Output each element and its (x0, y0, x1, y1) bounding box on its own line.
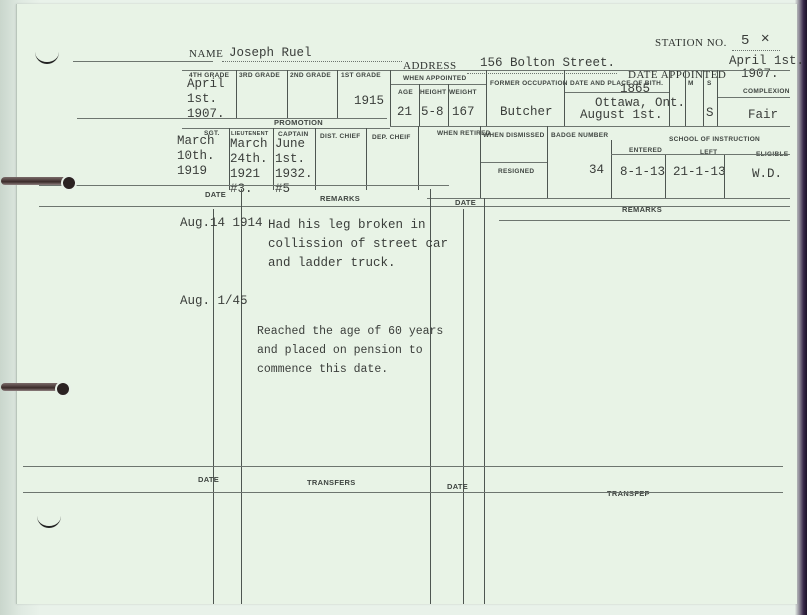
lieutenant-value: March 24th. 1921 #3. (230, 137, 268, 197)
complexion-value: Fair (748, 108, 778, 123)
weight-value: 167 (452, 105, 475, 120)
punch-hole-bottom (37, 512, 61, 528)
former-occupation-label: FORMER OCCUPATION (490, 80, 568, 87)
birth-date: August 1st. (580, 108, 663, 123)
captain-value: June 1st. 1932. #5 (275, 137, 313, 197)
remarks-date-label: DATE (205, 190, 226, 199)
when-dismissed-label: WHEN DISMISSED (483, 132, 545, 139)
promotion-label: PROMOTION (274, 118, 323, 127)
remark-2-text: Reached the age of 60 years and placed o… (257, 322, 443, 379)
sgt-value: March 10th. 1919 (177, 134, 215, 179)
transfers-label: TRANSFERS (307, 478, 356, 487)
remarks-label: REMARKS (320, 194, 360, 203)
transfers-date-label-2: DATE (447, 482, 468, 491)
name-value: Joseph Ruel (229, 46, 312, 61)
school-left-value: 21-1-13 (673, 165, 726, 180)
grade-2-label: 2ND GRADE (290, 72, 331, 79)
personnel-record-card: NAME Joseph Ruel ADDRESS 156 Bolton Stre… (16, 4, 797, 604)
transfers-label-2: TRANSFEP (607, 489, 650, 498)
grade-4-value: April 1st. 1907. (187, 77, 225, 122)
age-label: AGE (398, 89, 413, 96)
station-no-value: 5 (741, 34, 749, 49)
remark-1-text: Had his leg broken in collission of stre… (268, 216, 448, 273)
age-value: 21 (397, 105, 412, 120)
station-check-mark: ✕ (761, 32, 769, 47)
married-label: M (688, 80, 694, 87)
grade-1-value: 1915 (354, 94, 384, 109)
single-value: S (706, 106, 714, 121)
school-entered-value: 8-1-13 (620, 165, 665, 180)
complexion-label: COMPLEXION (743, 88, 790, 95)
entered-label: ENTERED (629, 147, 662, 154)
height-label: HEIGHT (420, 89, 446, 96)
grade-1-label: 1ST GRADE (341, 72, 381, 79)
name-label: NAME (189, 48, 223, 60)
badge-number-value: 34 (589, 163, 604, 178)
dist-chief-label: DIST. CHIEF (320, 133, 361, 140)
grade-3-label: 3RD GRADE (239, 72, 280, 79)
punch-hole-top (35, 48, 59, 64)
remark-2-date: Aug. 1/45 (180, 294, 248, 309)
birth-year: 1865 (620, 82, 650, 97)
remark-1-date: Aug.14 1914 (180, 216, 263, 231)
when-appointed-label: WHEN APPOINTED (403, 75, 467, 82)
height-value: 5-8 (421, 105, 444, 120)
former-occupation-value: Butcher (500, 105, 553, 120)
dep-chief-label: DEP. CHEIF (372, 134, 411, 141)
transfers-date-label: DATE (198, 475, 219, 484)
school-of-instruction-label: SCHOOL OF INSTRUCTION (669, 136, 760, 143)
weight-label: WEIGHT (449, 89, 477, 96)
school-eligible-value: W.D. (752, 167, 782, 182)
badge-number-label: BADGE NUMBER (551, 132, 608, 139)
station-label: STATION NO. (655, 37, 727, 49)
single-label: S (707, 80, 712, 87)
address-value: 156 Bolton Street. (480, 56, 615, 71)
resigned-label: RESIGNED (498, 168, 534, 175)
